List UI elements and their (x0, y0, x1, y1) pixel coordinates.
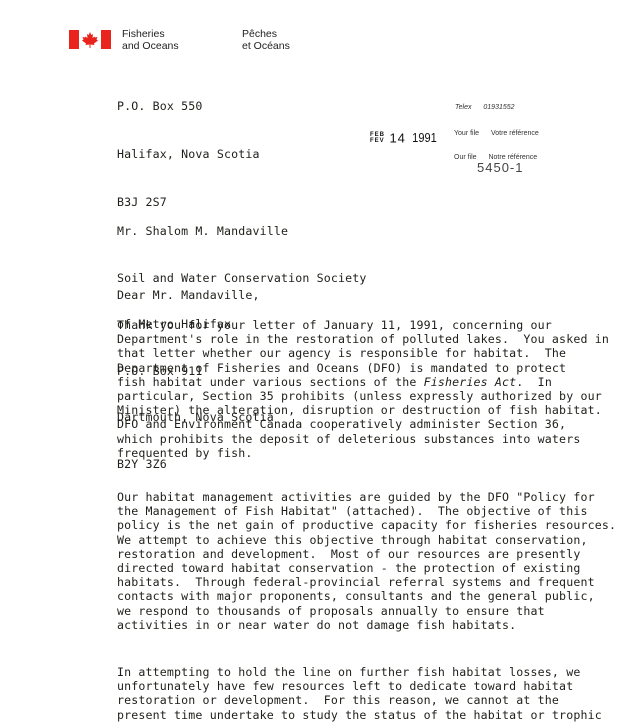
telex-label: Telex (455, 104, 471, 111)
our-file-number: 5450-1 (477, 160, 523, 175)
canada-flag-icon (69, 30, 111, 49)
body-paragraph-1: Thank you for your letter of January 11,… (117, 318, 609, 460)
your-file-reference: Your file Votre référence (454, 130, 539, 137)
telex-number: 01931552 (483, 104, 514, 111)
dept-fr-line1: Pêches (242, 28, 290, 40)
month-fr: FEV (370, 138, 385, 144)
telex: Telex 01931552 (455, 104, 515, 111)
fisheries-act-title: Fisheries Act (424, 375, 517, 389)
body-paragraph-2: Our habitat management activities are gu… (117, 490, 616, 632)
our-file-label-en: Our file (454, 154, 477, 161)
department-name-french: Pêches et Océans (242, 28, 290, 52)
dept-en-line2: and Oceans (122, 40, 179, 52)
date-stamp-month: FEB FEV (370, 132, 385, 144)
date-stamp-year: 1991 (413, 130, 438, 145)
department-name-english: Fisheries and Oceans (122, 28, 179, 52)
date-stamp-day: 14 (389, 130, 405, 145)
your-file-label-en: Your file (454, 130, 479, 137)
salutation: Dear Mr. Mandaville, (117, 288, 260, 302)
sender-address-line: P.O. Box 550 (117, 98, 260, 114)
recipient-address-line: Soil and Water Conservation Society (117, 271, 367, 287)
recipient-address-line: Mr. Shalom M. Mandaville (117, 224, 367, 240)
body-paragraph-3: In attempting to hold the line on furthe… (117, 665, 602, 722)
dept-fr-line2: et Océans (242, 40, 290, 52)
your-file-label-fr: Votre référence (491, 130, 539, 137)
sender-address-line: Halifax, Nova Scotia (117, 146, 260, 162)
dept-en-line1: Fisheries (122, 28, 179, 40)
date-stamp: FEB FEV 14 1991 (370, 129, 439, 147)
